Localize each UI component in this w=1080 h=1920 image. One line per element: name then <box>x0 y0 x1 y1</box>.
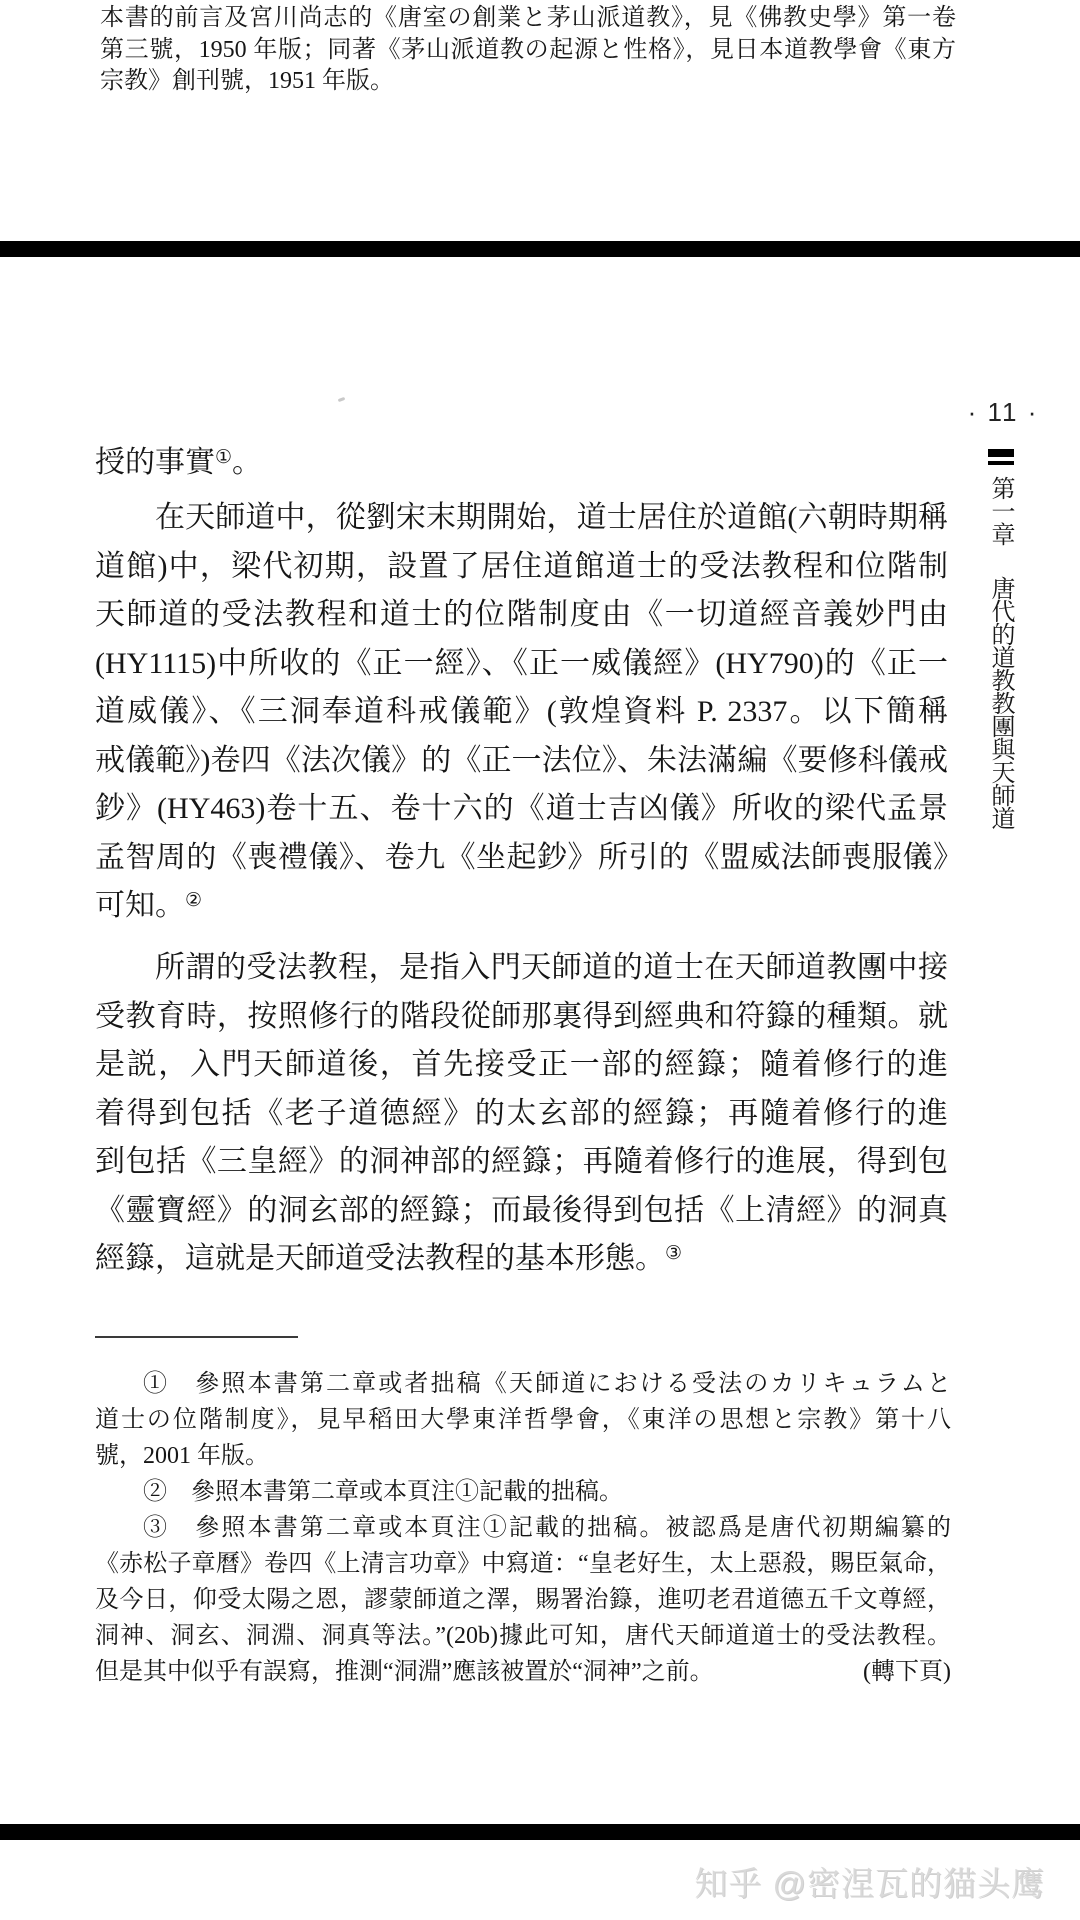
body-text-line: 鈔》(HY463)卷十五、卷十六的《道士吉凶儀》所收的梁代孟景翼和 <box>95 785 948 834</box>
page-number: · 11 · <box>955 397 1051 428</box>
footnote-divider <box>95 1336 298 1338</box>
page-separator-band-top <box>0 241 1080 257</box>
page-separator-band-bottom <box>0 1824 1080 1840</box>
body-text-line: 到包括《三皇經》的洞神部的經籙；再隨着修行的進展，得到包括 <box>95 1138 948 1187</box>
footnote-overflow-line: 第三號，1950 年版；同著《茅山派道教の起源と性格》，見日本道教學會《東方 <box>100 35 956 67</box>
body-text-line: 道館)中，梁代初期，設置了居住道館道士的受法教程和位階制度。 <box>95 543 948 592</box>
chapter-marker-bar-icon <box>988 449 1014 457</box>
footnote-3-line: 及今日，仰受太陽之恩，謬蒙師道之澤，賜署治籙，進叨老君道德五千文尊經， <box>95 1582 951 1618</box>
footnote-3-line: 但是其中似乎有誤寫，推測“洞淵”應該被置於“洞神”之前。 (轉下頁) <box>95 1654 951 1690</box>
footnote-2-line: ② 參照本書第二章或本頁注①記載的拙稿。 <box>95 1474 951 1510</box>
body-text-line: 孟智周的《喪禮儀》、卷九《坐起鈔》所引的《盟威法師喪服儀》等 <box>95 834 948 883</box>
chapter-number-vertical: 第一章 <box>986 476 1018 552</box>
scan-speck <box>338 397 346 402</box>
previous-page-footnote-overflow: 本書的前言及宮川尚志的《唐室の創業と茅山派道教》，見《佛教史學》第一卷 第三號，… <box>100 3 956 98</box>
chapter-marker-bar-icon <box>988 461 1014 465</box>
footnote-3-line: 洞神、洞玄、洞淵、洞真等法。”(20b)據此可知，唐代天師道道士的受法教程。 <box>95 1618 951 1654</box>
body-text-line: 戒儀範》)卷四《法次儀》的《正一法位》、朱法滿編《要修科儀戒律 <box>95 737 948 786</box>
body-text: 可知。 <box>95 889 185 922</box>
body-paragraph-1: 授的事實①。 <box>95 439 948 488</box>
body-paragraph-3: 所謂的受法教程，是指入門天師道的道士在天師道教團中接 受教育時，按照修行的階段從… <box>95 944 948 1284</box>
footnote-3-line: 《赤松子章曆》卷四《上清言功章》中寫道：“皇老好生，太上惡殺，賜臣氣命，逮 <box>95 1546 951 1582</box>
footnote-ref-2: ② <box>185 890 202 911</box>
body-text-line: 可知。② <box>95 882 948 931</box>
body-text-line: (HY1115)中所收的《正一經》、《正一威儀經》(HY790)的《正一受 <box>95 640 948 689</box>
body-text-line: 經籙，這就是天師道受法教程的基本形態。③ <box>95 1235 948 1284</box>
body-text-line: 天師道的受法教程和道士的位階制度由《一切道經音義妙門由起》 <box>95 591 948 640</box>
body-text: 。 <box>232 446 262 479</box>
footnote-1-line: 號，2001 年版。 <box>95 1438 951 1474</box>
footnote-1-line: ① 參照本書第二章或者拙稿《天師道における受法のカリキュラムと <box>95 1366 951 1402</box>
body-text-line: 是説，入門天師道後，首先接受正一部的經籙；隨着修行的進展，接 <box>95 1041 948 1090</box>
body-text-line: 道威儀》、《三洞奉道科戒儀範》(敦煌資料 P. 2337。以下簡稱《科 <box>95 688 948 737</box>
zhihu-watermark: 知乎 @密涅瓦的猫头鹰 <box>694 1858 1045 1905</box>
chapter-title-vertical: 唐代的道教教團與天師道 <box>986 576 1018 834</box>
footnote-ref-3: ③ <box>665 1243 682 1264</box>
footnotes: ① 參照本書第二章或者拙稿《天師道における受法のカリキュラムと 道士の位階制度》… <box>95 1366 951 1690</box>
footnote-3-text: 但是其中似乎有誤寫，推測“洞淵”應該被置於“洞神”之前。 <box>95 1654 714 1690</box>
body-text: 經籙，這就是天師道受法教程的基本形態。 <box>95 1242 665 1275</box>
body-text-line: 着得到包括《老子道德經》的太玄部的經籙；再隨着修行的進展，得 <box>95 1090 948 1139</box>
footnote-overflow-line: 宗教》創刊號，1951 年版。 <box>100 66 956 98</box>
body-text-line: 所謂的受法教程，是指入門天師道的道士在天師道教團中接 <box>95 944 948 993</box>
turn-page-note: (轉下頁) <box>863 1654 951 1690</box>
footnote-3-line: ③ 參照本書第二章或本頁注①記載的拙稿。被認爲是唐代初期編纂的 <box>95 1510 951 1546</box>
body-text-line: 《靈寶經》的洞玄部的經籙；而最後得到包括《上清經》的洞真部的 <box>95 1187 948 1236</box>
book-page-screenshot: 本書的前言及宮川尚志的《唐室の創業と茅山派道教》，見《佛教史學》第一卷 第三號，… <box>0 0 1080 1920</box>
body-text-line: 授的事實①。 <box>95 439 948 488</box>
body-text-line: 受教育時，按照修行的階段從師那裏得到經典和符籙的種類。就 <box>95 993 948 1042</box>
footnote-ref-1: ① <box>215 447 232 468</box>
footnote-1-line: 道士の位階制度》，見早稻田大學東洋哲學會，《東洋の思想と宗教》第十八 <box>95 1402 951 1438</box>
body-paragraph-2: 在天師道中，從劉宋末期開始，道士居住於道館(六朝時期稱 道館)中，梁代初期，設置… <box>95 494 948 931</box>
body-text: 授的事實 <box>95 446 215 479</box>
footnote-overflow-line: 本書的前言及宮川尚志的《唐室の創業と茅山派道教》，見《佛教史學》第一卷 <box>100 3 956 35</box>
body-text-line: 在天師道中，從劉宋末期開始，道士居住於道館(六朝時期稱 <box>95 494 948 543</box>
